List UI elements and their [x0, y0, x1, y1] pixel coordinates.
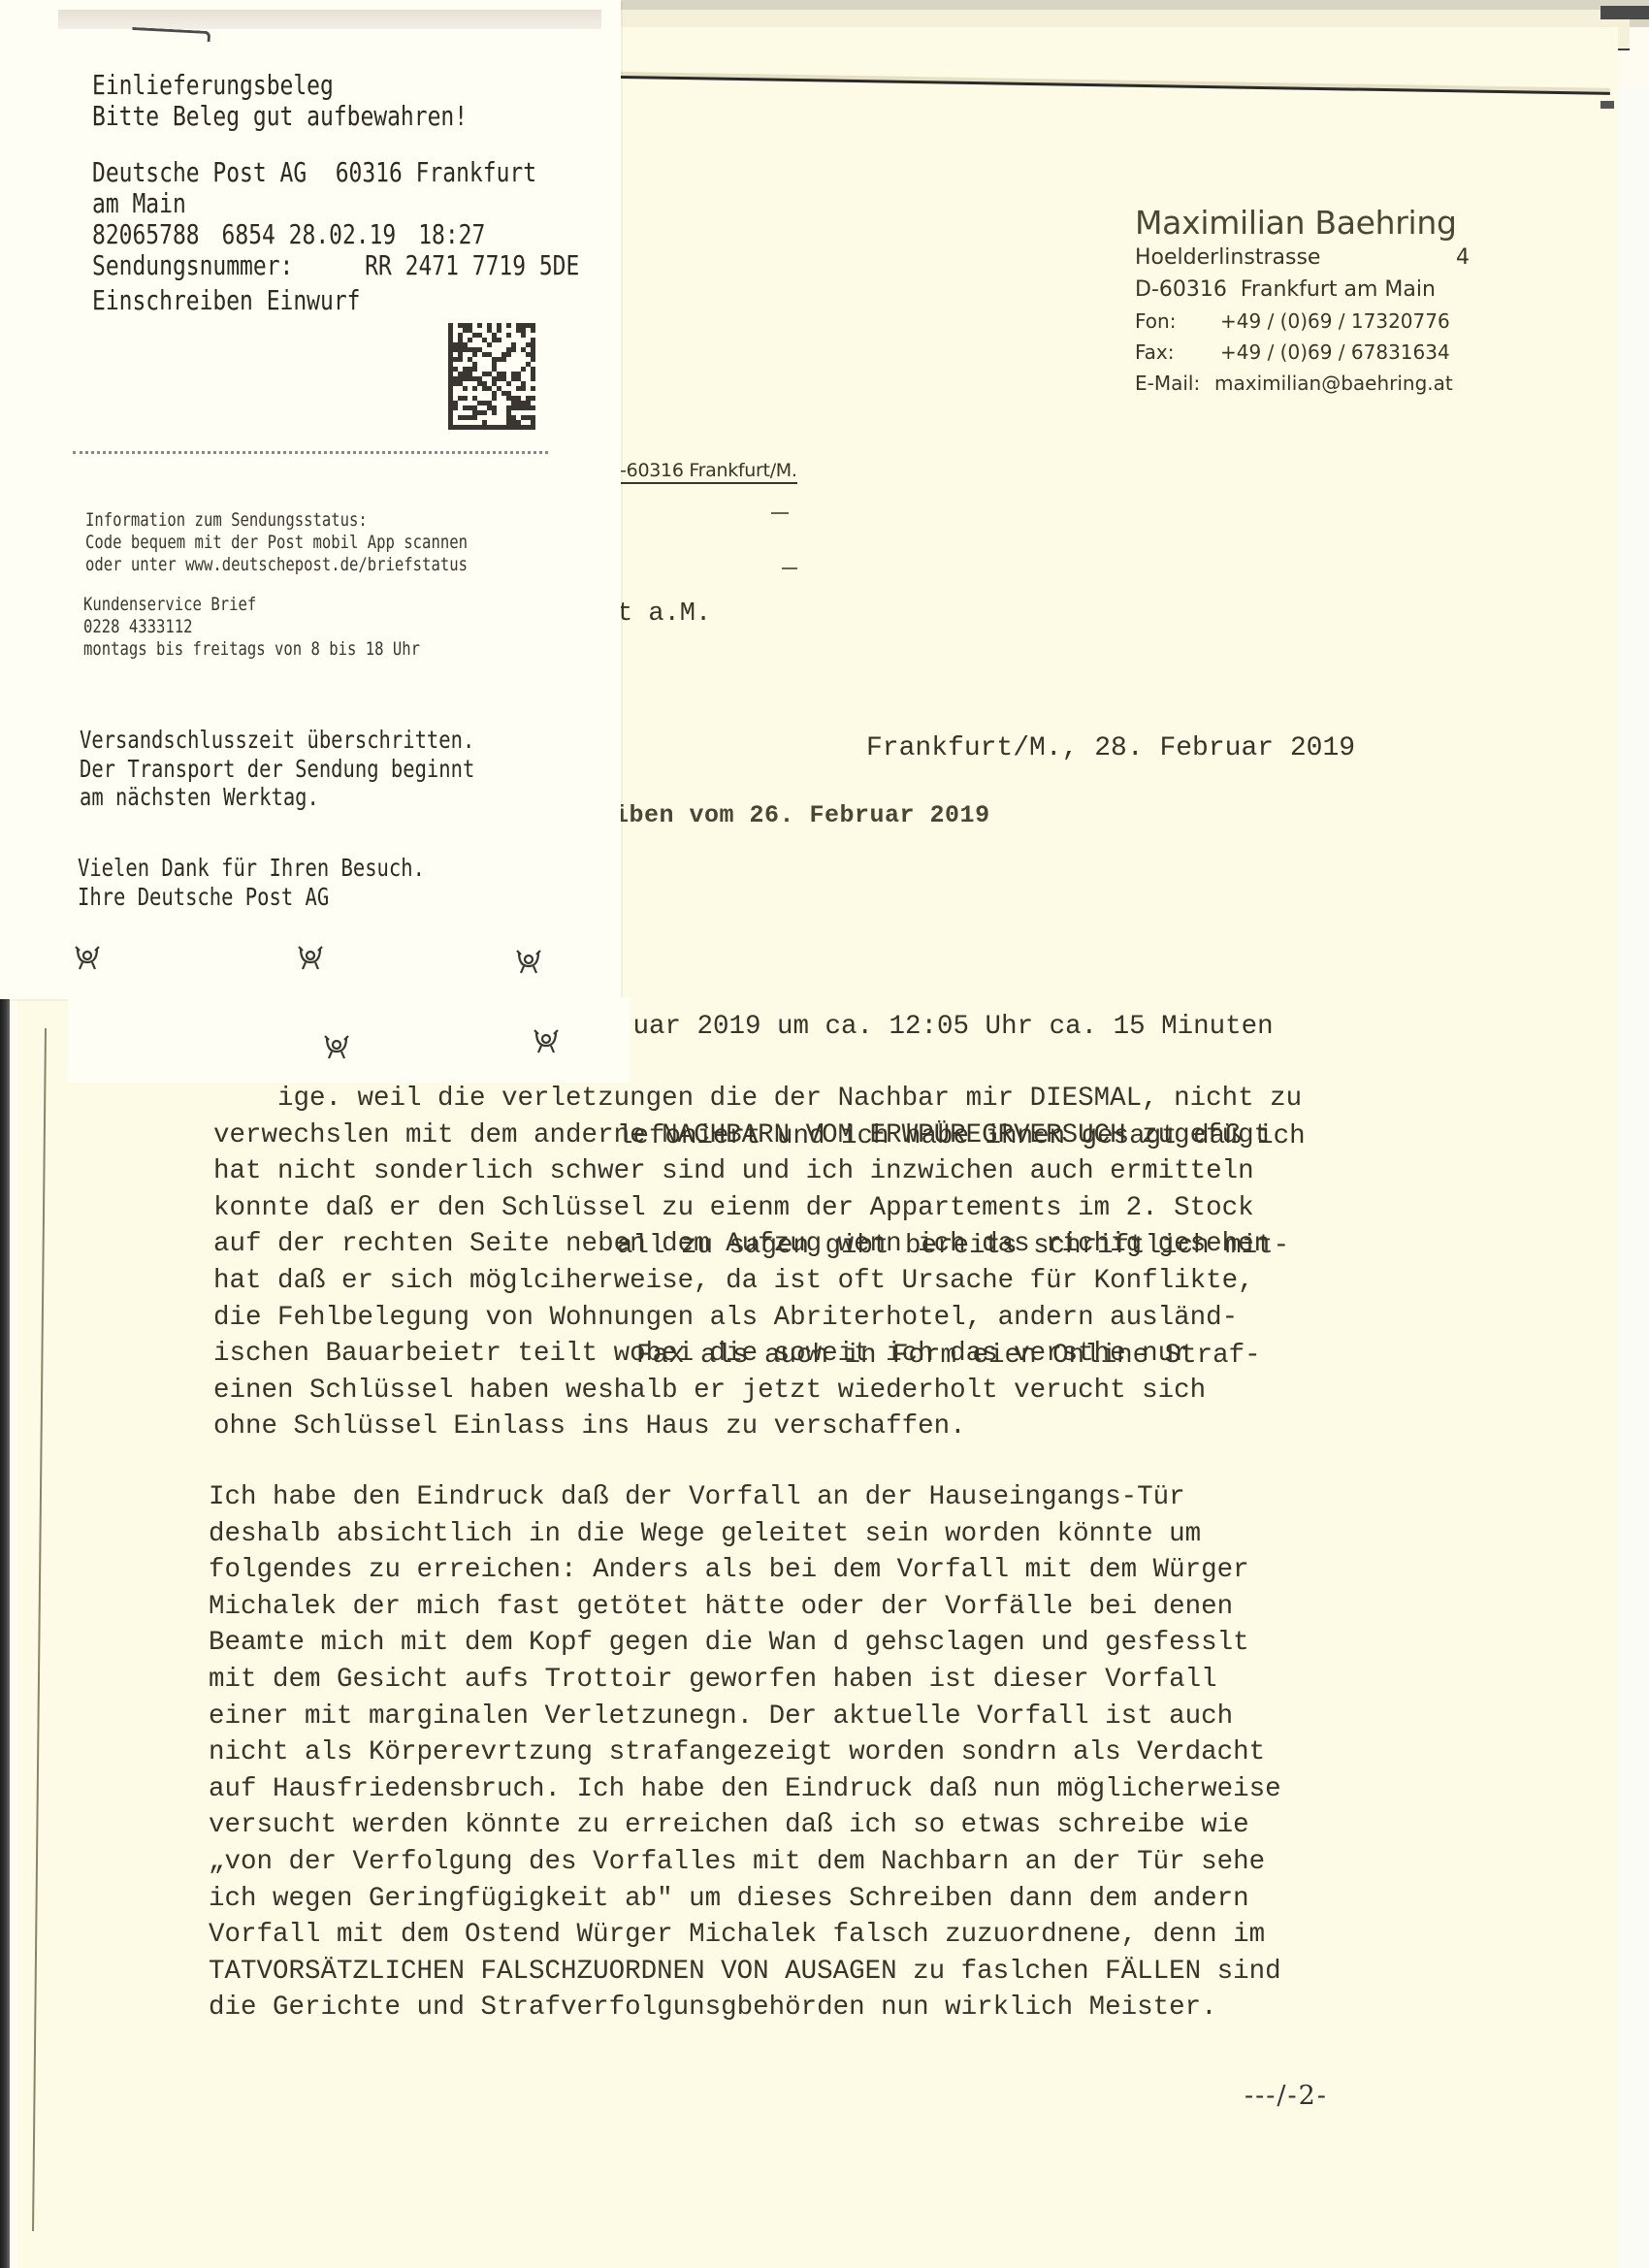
receipt-date: 28.02.19	[289, 218, 397, 250]
receipt-info: Information zum Sendungsstatus: Code beq…	[85, 509, 468, 576]
notice-line: am nächsten Werktag.	[80, 783, 474, 812]
receipt-tear-line	[73, 451, 548, 454]
closing-line: Vielen Dank für Ihren Besuch.	[78, 854, 425, 883]
receipt-post-office: 60316 Frankfurt	[336, 156, 536, 188]
body-line: ischen Bauarbeietr teilt wobei die sowei…	[213, 1336, 1302, 1373]
body-line: die Fehlbelegung von Wohnungen als Abrit…	[213, 1300, 1302, 1337]
body-line: hat daß er sich möglciherweise, da ist o…	[213, 1263, 1302, 1300]
sender-city: Frankfurt am Main	[1241, 274, 1436, 306]
body-line: ohne Schlüssel Einlass ins Haus zu versc…	[213, 1409, 1302, 1445]
notice-line: Versandschlusszeit überschritten.	[80, 726, 474, 755]
sender-street: Hoelderlinstrasse	[1135, 242, 1320, 274]
phone-label: Fon:	[1135, 306, 1220, 337]
receipt-details: Deutsche Post AG60316 Frankfurt am Main …	[92, 157, 579, 316]
body-line: einer mit marginalen Verletzunegn. Der a…	[209, 1699, 1281, 1735]
body-line: folgendes zu erreichen: Anders als bei d…	[209, 1552, 1281, 1589]
phone-row: Fon: +49 / (0)69 / 17320776	[1135, 306, 1470, 337]
info-line: Information zum Sendungsstatus:	[85, 509, 468, 532]
underlying-sheet-edge	[1600, 6, 1649, 19]
receipt-company: Deutsche Post AG	[92, 156, 307, 188]
closing-line: Ihre Deutsche Post AG	[78, 883, 425, 912]
body-line: verwechslen mit dem anderne NACHBARN VOM…	[213, 1118, 1302, 1154]
body-line: ich wegen Geringfügigkeit ab" um dieses …	[209, 1881, 1281, 1918]
return-address-line: )-60316 Frankfurt/M.	[613, 460, 797, 484]
letterhead: Maximilian Baehring Hoelderlinstrasse 4 …	[1135, 204, 1470, 399]
sender-street-row: Hoelderlinstrasse 4	[1135, 242, 1470, 274]
receipt-counter: 6854	[222, 218, 275, 250]
post-horn-icon	[73, 943, 102, 972]
body-line: versucht werden könnte zu erreichen daß …	[209, 1807, 1281, 1844]
info-line: Code bequem mit der Post mobil App scann…	[85, 532, 468, 554]
info-link: oder unter www.deutschepost.de/briefstat…	[85, 554, 468, 576]
body-line: die Gerichte und Strafverfolgunsgbehörde…	[209, 1990, 1281, 2026]
receipt-service: Einschreiben Einwurf	[92, 285, 579, 316]
tracking-number: RR 2471 7719 5DE	[365, 249, 579, 281]
postal-receipt: Einlieferungsbeleg Bitte Beleg gut aufbe…	[0, 0, 621, 999]
recipient-city: t a.M.	[617, 599, 711, 629]
datamatrix-barcode-icon	[448, 323, 535, 430]
contact-line: Kundenservice Brief	[83, 594, 420, 616]
contact-phone: 0228 4333112	[83, 616, 420, 638]
phone-number: +49 / (0)69 / 17320776	[1220, 306, 1450, 337]
scan-margin	[1618, 87, 1649, 2268]
sender-house-number: 4	[1456, 242, 1470, 274]
email-row: E-Mail: maximilian@baehring.at	[1135, 368, 1470, 399]
receipt-second-strip	[68, 997, 630, 1083]
post-horn-icon	[322, 1032, 351, 1061]
receipt-service-contact: Kundenservice Brief 0228 4333112 montags…	[83, 594, 420, 661]
notice-line: Der Transport der Sendung beginnt	[80, 755, 474, 784]
receipt-header: Einlieferungsbeleg Bitte Beleg gut aufbe…	[92, 70, 468, 132]
body-line: auf der rechten Seite neben dem Aufzug w…	[213, 1226, 1302, 1263]
receipt-shadow	[58, 10, 601, 29]
body-line: „von der Verfolgung des Vorfalles mit de…	[209, 1844, 1281, 1881]
body-line: Vorfall mit dem Ostend Würger Michalek f…	[209, 1917, 1281, 1954]
receipt-notice: Versandschlusszeit überschritten. Der Tr…	[80, 726, 474, 812]
receipt-title: Einlieferungsbeleg	[92, 70, 468, 101]
page-continuation: ---/-2-	[1245, 2081, 1328, 2111]
body-line: deshalb absichtlich in die Wege geleitet…	[209, 1516, 1281, 1553]
body-line: mit dem Gesicht aufs Trottoir geworfen h…	[209, 1662, 1281, 1699]
body-line: Michalek der mich fast getötet hätte ode…	[209, 1589, 1281, 1626]
receipt-subtitle: Bitte Beleg gut aufbewahren!	[92, 101, 468, 132]
scan-mark	[782, 567, 797, 569]
body-line: Beamte mich mit dem Kopf gegen die Wan d…	[209, 1625, 1281, 1662]
receipt-terminal-id: 82065788	[92, 218, 200, 250]
post-horn-icon	[514, 947, 543, 976]
body-line: einen Schlüssel haben weshalb er jetzt w…	[213, 1373, 1302, 1409]
fax-row: Fax: +49 / (0)69 / 67831634	[1135, 337, 1470, 368]
body-line: hat nicht sonderlich schwer sind und ich…	[213, 1153, 1302, 1190]
body-line: TATVORSÄTZLICHEN FALSCHZUORDNEN VON AUSA…	[209, 1954, 1281, 1991]
body-line: nicht als Körperevrtzung strafangezeigt …	[209, 1734, 1281, 1771]
receipt-time: 18:27	[418, 218, 485, 250]
receipt-closing: Vielen Dank für Ihren Besuch. Ihre Deuts…	[78, 854, 425, 911]
body-line: konnte daß er den Schlüssel zu eienm der…	[213, 1190, 1302, 1227]
letter-subject: reiben vom 26. Februar 2019	[584, 801, 990, 829]
email-address: maximilian@baehring.at	[1214, 368, 1453, 399]
letter-date: Frankfurt/M., 28. Februar 2019	[866, 733, 1355, 763]
sender-name: Maximilian Baehring	[1135, 204, 1470, 242]
fax-label: Fax:	[1135, 337, 1220, 368]
fax-number: +49 / (0)69 / 67831634	[1220, 337, 1450, 368]
email-label: E-Mail:	[1135, 368, 1214, 399]
body-paragraph-2: Ich habe den Eindruck daß der Vorfall an…	[209, 1479, 1281, 2026]
sender-postcode: D-60316	[1135, 274, 1227, 306]
sheet-edge-mark	[1600, 101, 1614, 109]
post-horn-icon	[296, 943, 325, 972]
post-horn-icon	[532, 1026, 561, 1055]
scan-mark	[771, 512, 789, 514]
contact-hours: montags bis freitags von 8 bis 18 Uhr	[83, 638, 420, 661]
staple-icon	[132, 27, 210, 42]
body-line: ruar 2019 um ca. 12:05 Uhr ca. 15 Minute…	[617, 1009, 1306, 1046]
body-paragraph-1: ige. weil die verletzungen die der Nachb…	[213, 1081, 1302, 1445]
body-line: auf Hausfriedensbruch. Ich habe den Eind…	[209, 1771, 1281, 1808]
sender-city-row: D-60316 Frankfurt am Main	[1135, 274, 1470, 306]
receipt-city: am Main	[92, 188, 579, 219]
body-line: ige. weil die verletzungen die der Nachb…	[213, 1081, 1302, 1118]
body-line: Ich habe den Eindruck daß der Vorfall an…	[209, 1479, 1281, 1516]
tracking-label: Sendungsnummer:	[92, 249, 293, 281]
